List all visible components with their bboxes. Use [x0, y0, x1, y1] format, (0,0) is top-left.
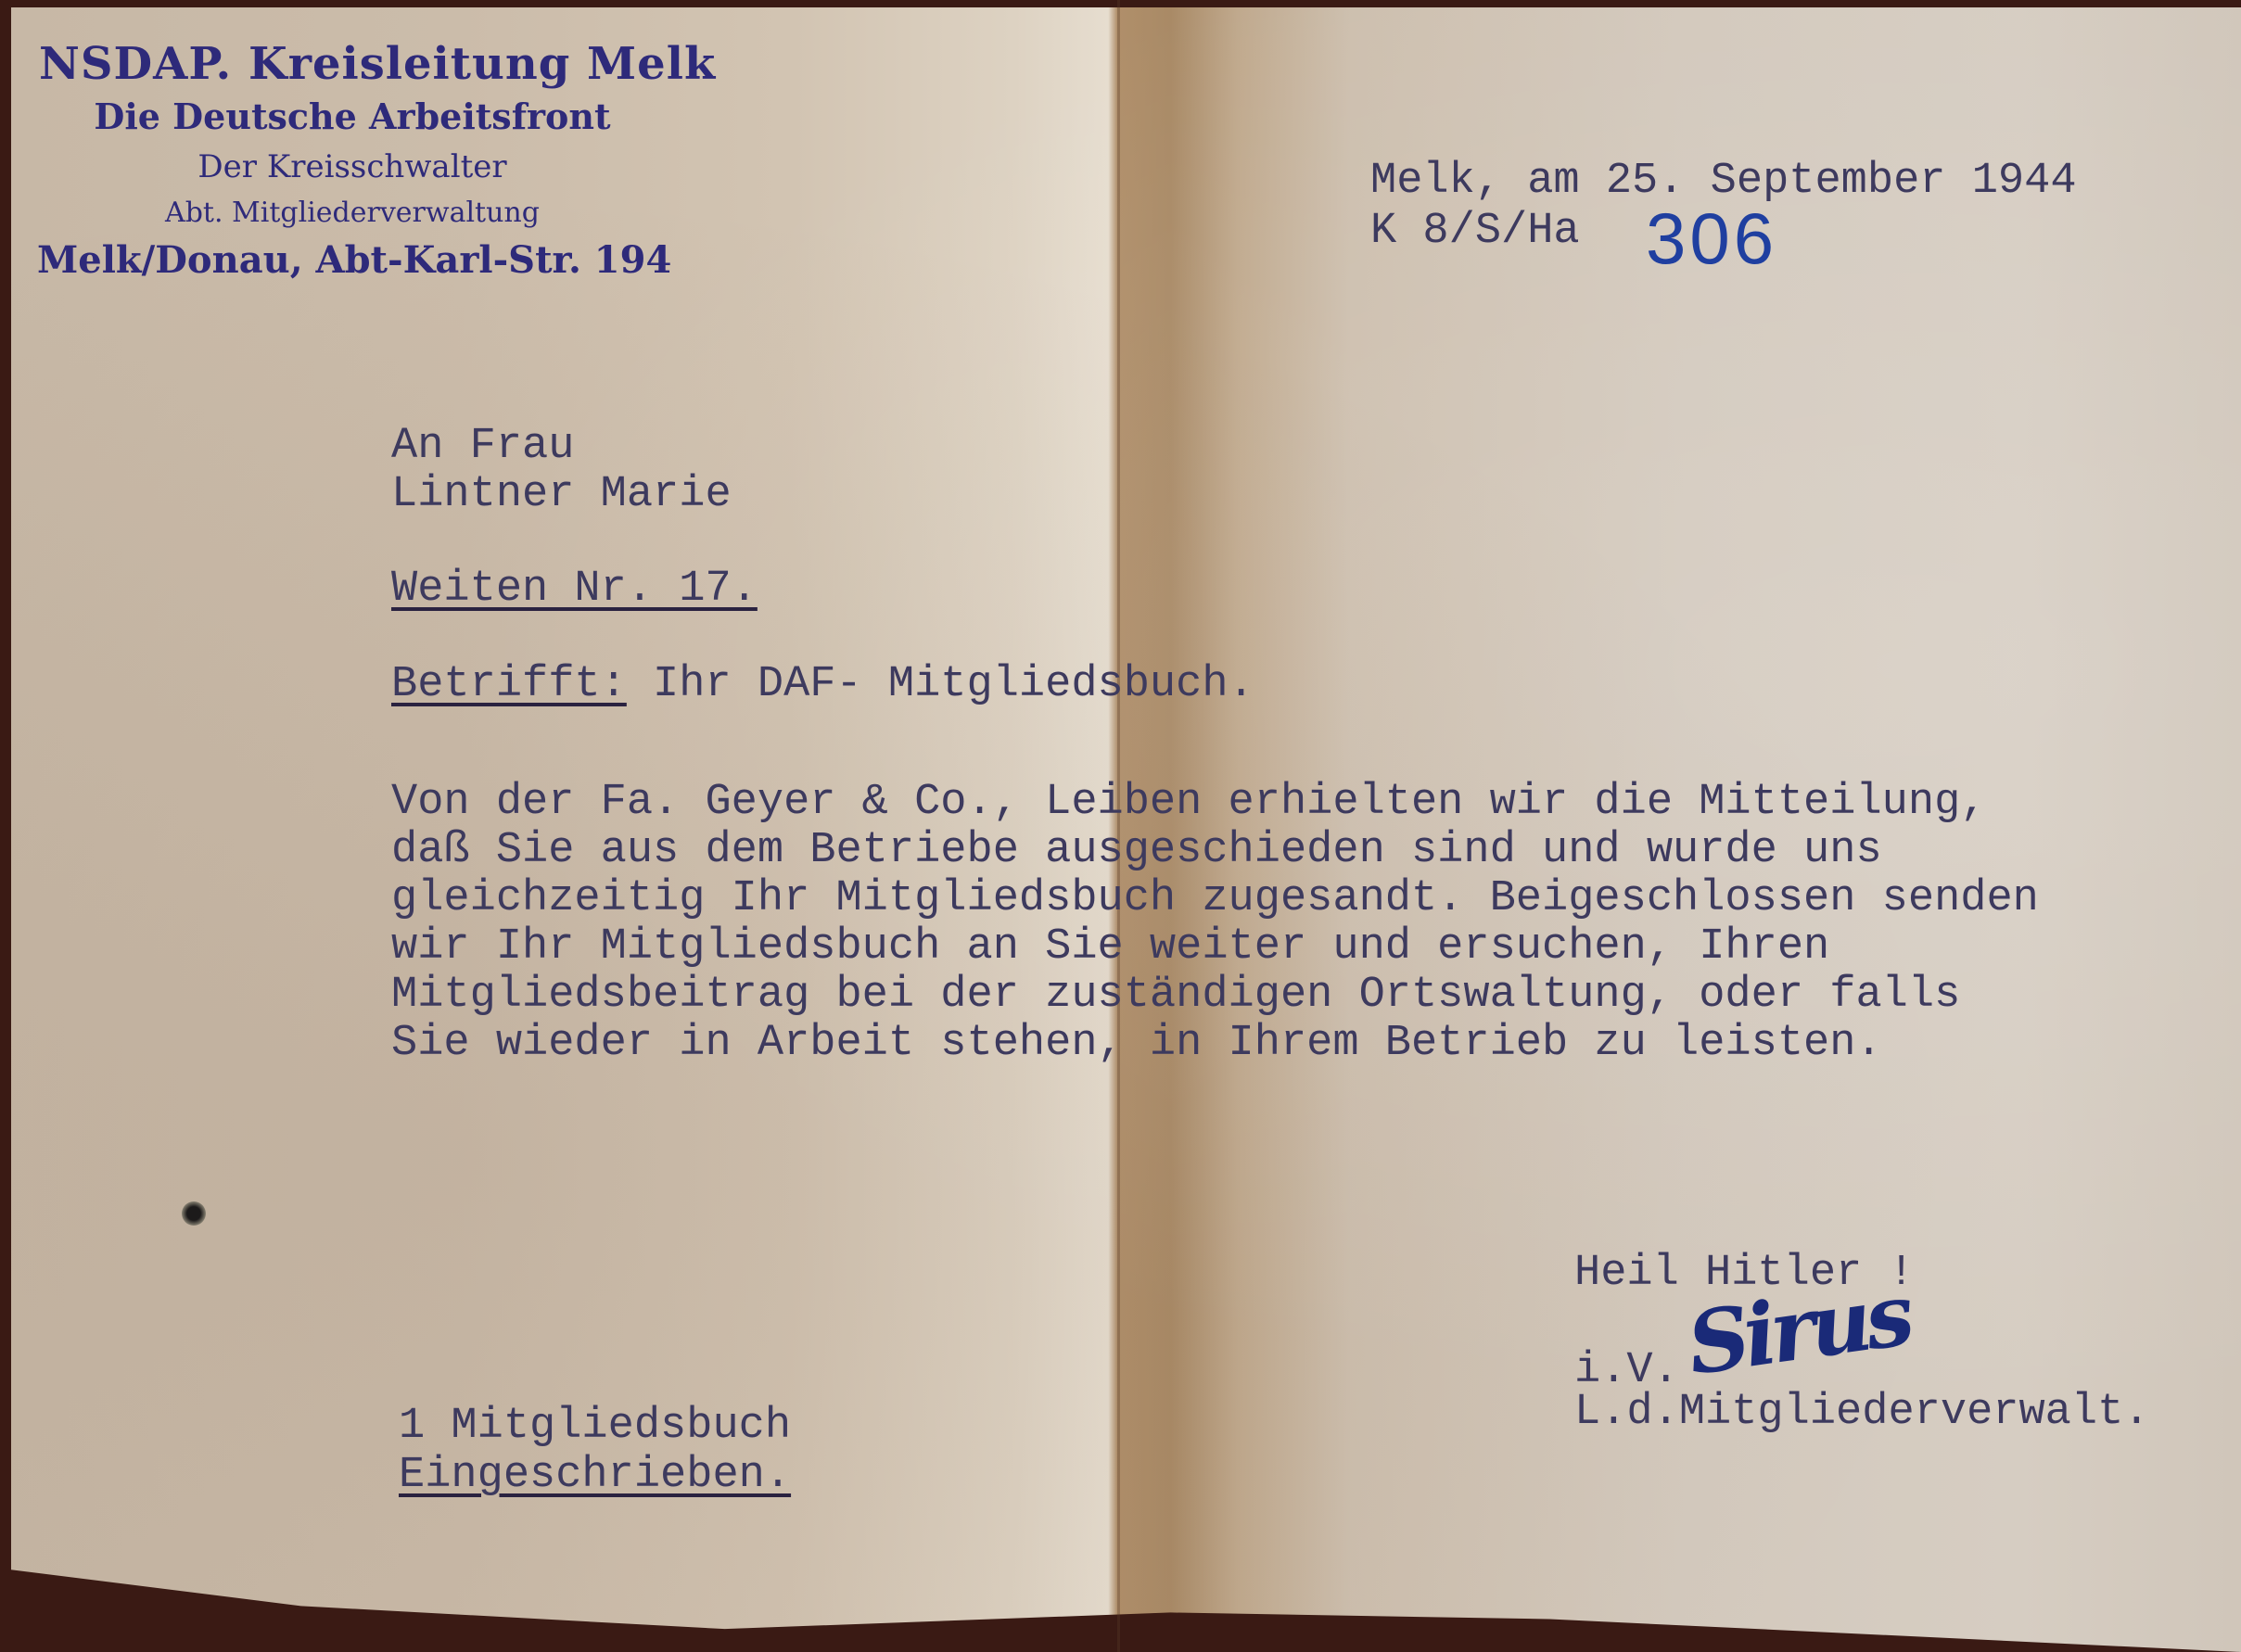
ink-spot	[182, 1201, 206, 1226]
stamp-line-3: Der Kreisschwalter	[37, 151, 668, 183]
closing-proxy: i.V.	[1574, 1349, 1679, 1392]
recipient-salutation: An Frau	[391, 425, 574, 468]
stamp-line-5: Melk/Donau, Abt-Karl-Str. 194	[37, 242, 668, 279]
recipient-name: Lintner Marie	[391, 473, 732, 516]
body-line: daß Sie aus dem Betriebe ausgeschieden s…	[391, 829, 1882, 872]
body-line: Sie wieder in Arbeit stehen, in Ihrem Be…	[391, 1022, 1882, 1065]
stamped-number: 306	[1646, 197, 1777, 281]
subject-label: Betrifft:	[391, 660, 627, 709]
body-line: Mitgliedsbeitrag bei der zuständigen Ort…	[391, 973, 1960, 1017]
subject-line: Betrifft: Ihr DAF- Mitgliedsbuch.	[391, 663, 1254, 706]
reference-code: K 8/S/Ha	[1370, 210, 1580, 253]
enclosure-delivery: Eingeschrieben.	[399, 1454, 791, 1497]
body-line: wir Ihr Mitgliedsbuch an Sie weiter und …	[391, 925, 1829, 969]
body-line: gleichzeitig Ihr Mitgliedsbuch zugesandt…	[391, 877, 2039, 921]
stamp-line-1: NSDAP. Kreisleitung Melk	[37, 42, 668, 86]
stamp-line-2: Die Deutsche Arbeitsfront	[37, 99, 668, 134]
letterhead-stamp: NSDAP. Kreisleitung Melk Die Deutsche Ar…	[37, 42, 668, 279]
subject-text: Ihr DAF- Mitgliedsbuch.	[627, 660, 1254, 709]
recipient-address: Weiten Nr. 17.	[391, 567, 758, 611]
body-line: Von der Fa. Geyer & Co., Leiben erhielte…	[391, 781, 1986, 824]
enclosure-item: 1 Mitgliedsbuch	[399, 1404, 791, 1448]
stamp-line-4: Abt. Mitgliederverwaltung	[37, 199, 668, 227]
closing-title: L.d.Mitgliederverwalt.	[1574, 1391, 2150, 1434]
